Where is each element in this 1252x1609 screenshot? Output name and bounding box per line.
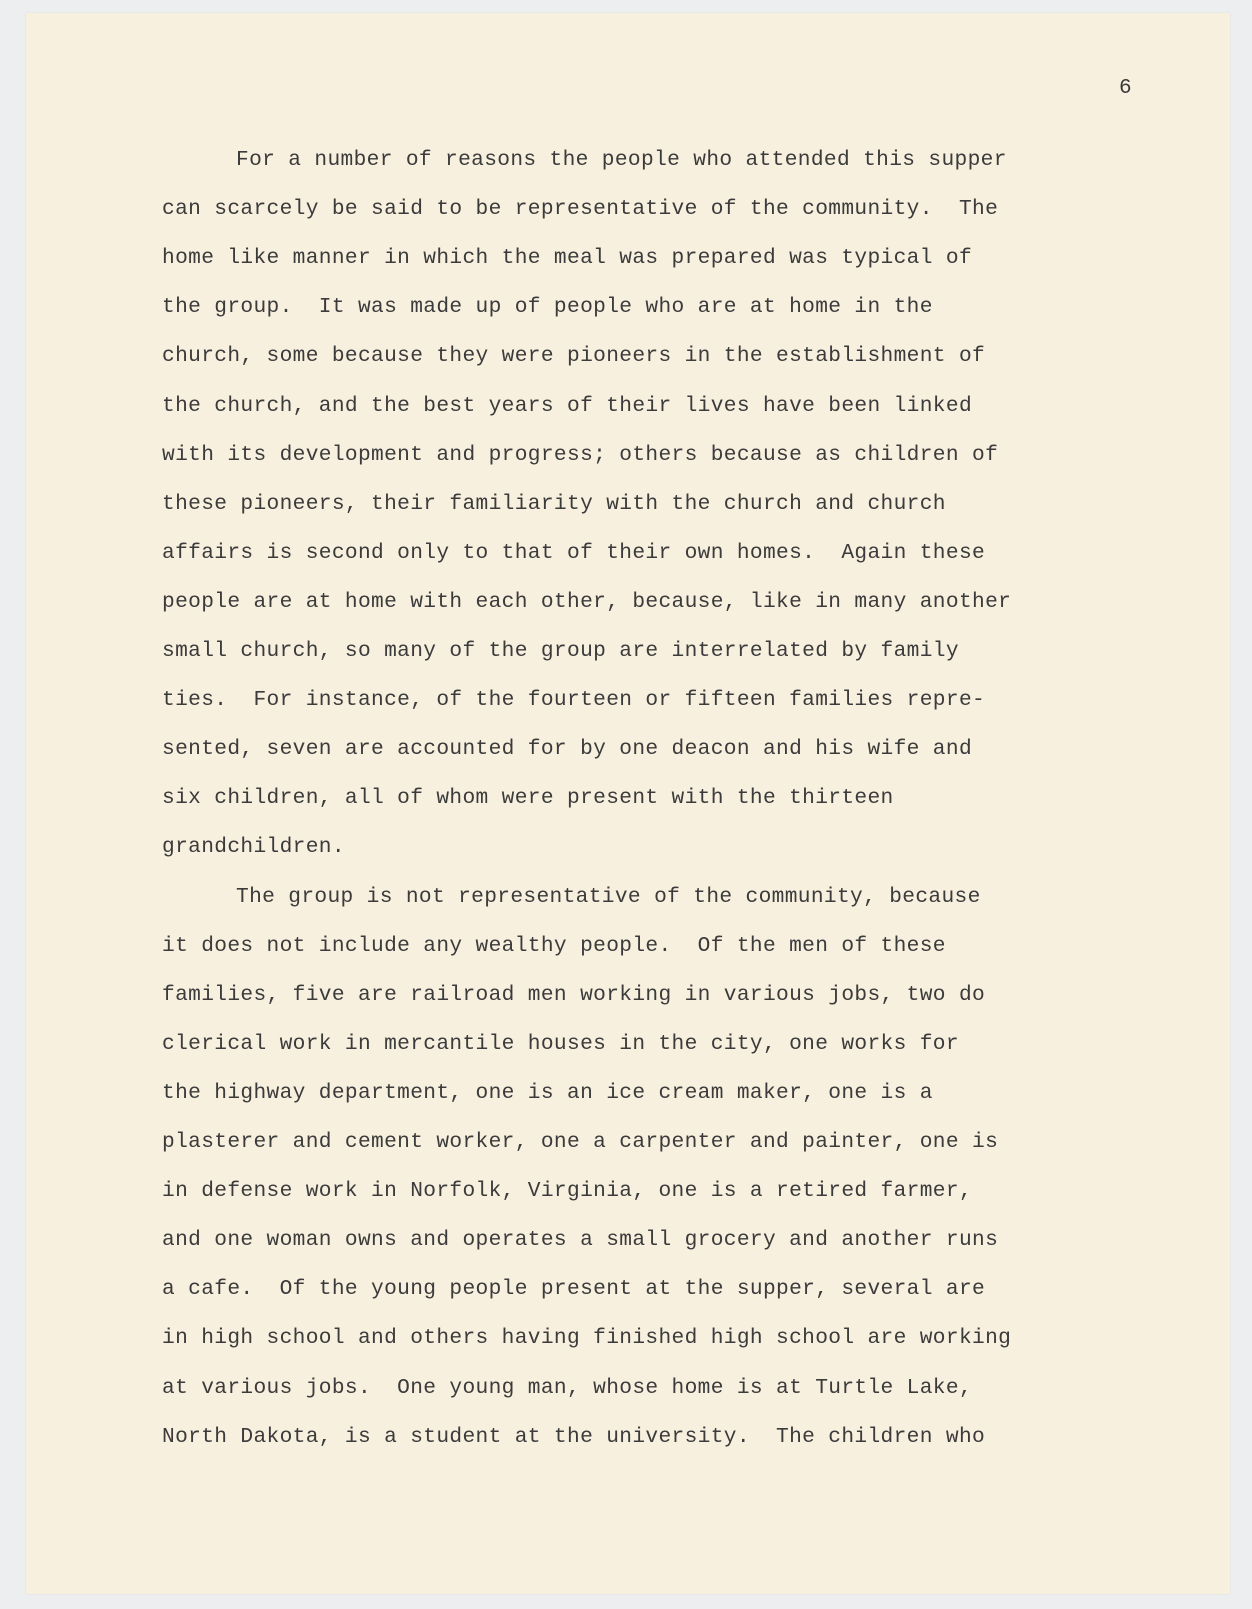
paragraph-line: sented, seven are accounted for by one d… bbox=[162, 737, 972, 761]
paragraph-line: the group. It was made up of people who … bbox=[162, 295, 933, 319]
typewritten-page: 6 For a number of reasons the people who… bbox=[26, 13, 1230, 1594]
paragraph-line: church, some because they were pioneers … bbox=[162, 344, 985, 368]
paragraph-line: grandchildren. bbox=[162, 835, 345, 859]
paragraph-line: clerical work in mercantile houses in th… bbox=[162, 1032, 959, 1056]
paragraph-line: these pioneers, their familiarity with t… bbox=[162, 492, 946, 516]
paragraph-line: at various jobs. One young man, whose ho… bbox=[162, 1376, 972, 1400]
paragraph-line: affairs is second only to that of their … bbox=[162, 541, 985, 565]
paragraph-line: the church, and the best years of their … bbox=[162, 394, 972, 418]
paragraph-line: six children, all of whom were present w… bbox=[162, 786, 894, 810]
paragraph-line: North Dakota, is a student at the univer… bbox=[162, 1425, 985, 1449]
paragraph-first-line: The group is not representative of the c… bbox=[236, 885, 981, 909]
paragraph-line: the highway department, one is an ice cr… bbox=[162, 1081, 933, 1105]
paragraph-line: in defense work in Norfolk, Virginia, on… bbox=[162, 1179, 972, 1203]
paragraph-line: plasterer and cement worker, one a carpe… bbox=[162, 1130, 998, 1154]
paragraph-line: a cafe. Of the young people present at t… bbox=[162, 1277, 985, 1301]
paragraph-first-line: For a number of reasons the people who a… bbox=[236, 148, 1007, 172]
paragraph-line: home like manner in which the meal was p… bbox=[162, 246, 972, 270]
paragraph-line: and one woman owns and operates a small … bbox=[162, 1228, 998, 1252]
paragraph-line: ties. For instance, of the fourteen or f… bbox=[162, 688, 985, 712]
paragraph-line: small church, so many of the group are i… bbox=[162, 639, 959, 663]
paragraph-line: families, five are railroad men working … bbox=[162, 983, 985, 1007]
paragraph-line: people are at home with each other, beca… bbox=[162, 590, 1011, 614]
paragraph-line: it does not include any wealthy people. … bbox=[162, 934, 946, 958]
page-number: 6 bbox=[1119, 77, 1132, 100]
paragraph-line: with its development and progress; other… bbox=[162, 443, 998, 467]
paragraph-line: in high school and others having finishe… bbox=[162, 1326, 1011, 1350]
paragraph-line: can scarcely be said to be representativ… bbox=[162, 197, 998, 221]
